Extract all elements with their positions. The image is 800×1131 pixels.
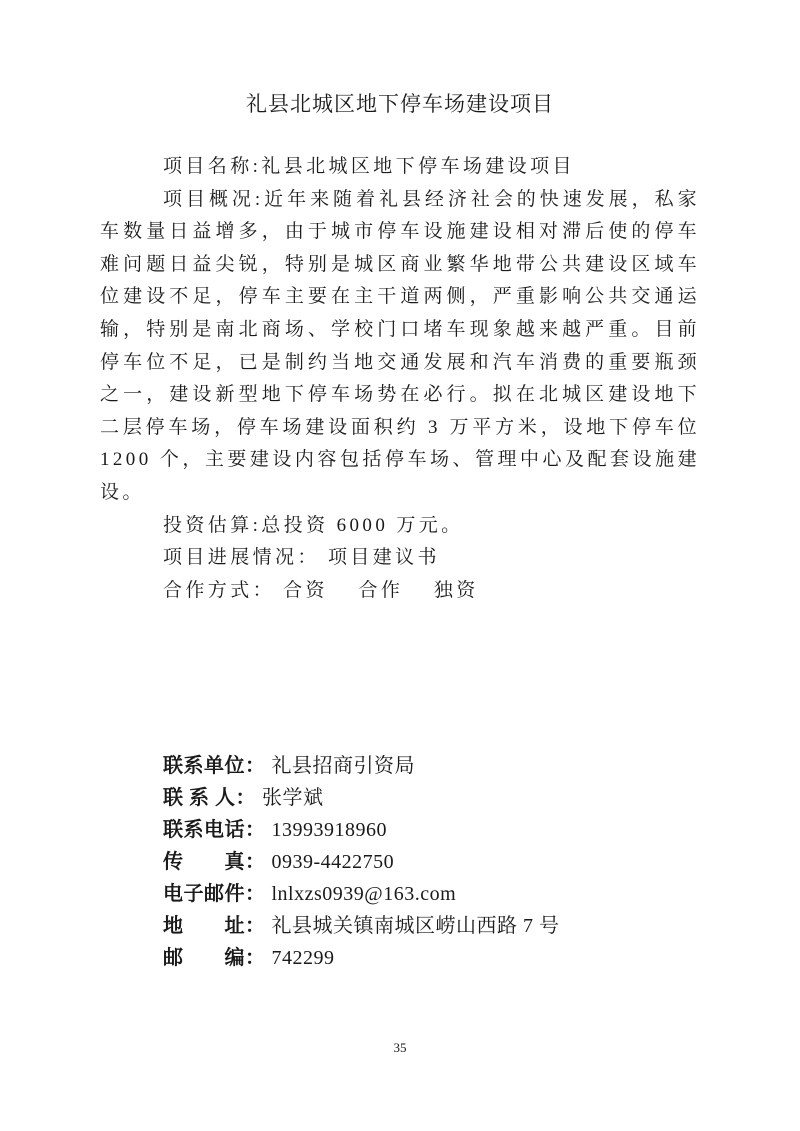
paragraph-cooperation: 合作方式： 合资 合作 独资 <box>100 575 700 608</box>
contact-value: 礼县城关镇南城区崂山西路 7 号 <box>272 910 560 942</box>
contact-row-fax: 传 真： 0939-4422750 <box>163 846 703 878</box>
contact-value: 张学斌 <box>262 782 324 814</box>
contact-value: 13993918960 <box>272 814 388 846</box>
contact-row-unit: 联系单位： 礼县招商引资局 <box>163 750 703 782</box>
contact-row-postcode: 邮 编： 742299 <box>163 942 703 974</box>
contact-label: 地 址： <box>163 910 266 942</box>
contact-row-email: 电子邮件： lnlxzs0939@163.com <box>163 878 703 910</box>
contact-row-person: 联 系 人： 张学斌 <box>163 782 703 814</box>
paragraph-progress: 项目进展情况： 项目建议书 <box>100 542 700 575</box>
contact-value: 742299 <box>272 942 335 974</box>
contact-row-address: 地 址： 礼县城关镇南城区崂山西路 7 号 <box>163 910 703 942</box>
contact-value: lnlxzs0939@163.com <box>272 878 457 910</box>
page-number: 35 <box>0 1040 800 1056</box>
contact-label: 传 真： <box>163 846 266 878</box>
paragraph-overview: 项目概况:近年来随着礼县经济社会的快速发展，私家车数量日益增多，由于城市停车设施… <box>100 184 700 510</box>
contact-value: 0939-4422750 <box>272 846 395 878</box>
contact-label: 联系单位： <box>163 750 266 782</box>
contact-info-block: 联系单位： 礼县招商引资局 联 系 人： 张学斌 联系电话： 139939189… <box>163 750 703 974</box>
paragraph-project-name: 项目名称:礼县北城区地下停车场建设项目 <box>100 151 700 184</box>
paragraph-investment: 投资估算:总投资 6000 万元。 <box>100 510 700 543</box>
contact-label: 电子邮件： <box>163 878 266 910</box>
contact-row-phone: 联系电话： 13993918960 <box>163 814 703 846</box>
document-title: 礼县北城区地下停车场建设项目 <box>100 88 700 118</box>
contact-label: 邮 编： <box>163 942 266 974</box>
document-page: 礼县北城区地下停车场建设项目 项目名称:礼县北城区地下停车场建设项目 项目概况:… <box>0 0 800 1131</box>
contact-label: 联系电话： <box>163 814 266 846</box>
contact-value: 礼县招商引资局 <box>272 750 416 782</box>
document-body: 项目名称:礼县北城区地下停车场建设项目 项目概况:近年来随着礼县经济社会的快速发… <box>100 151 700 607</box>
contact-label: 联 系 人： <box>163 782 256 814</box>
